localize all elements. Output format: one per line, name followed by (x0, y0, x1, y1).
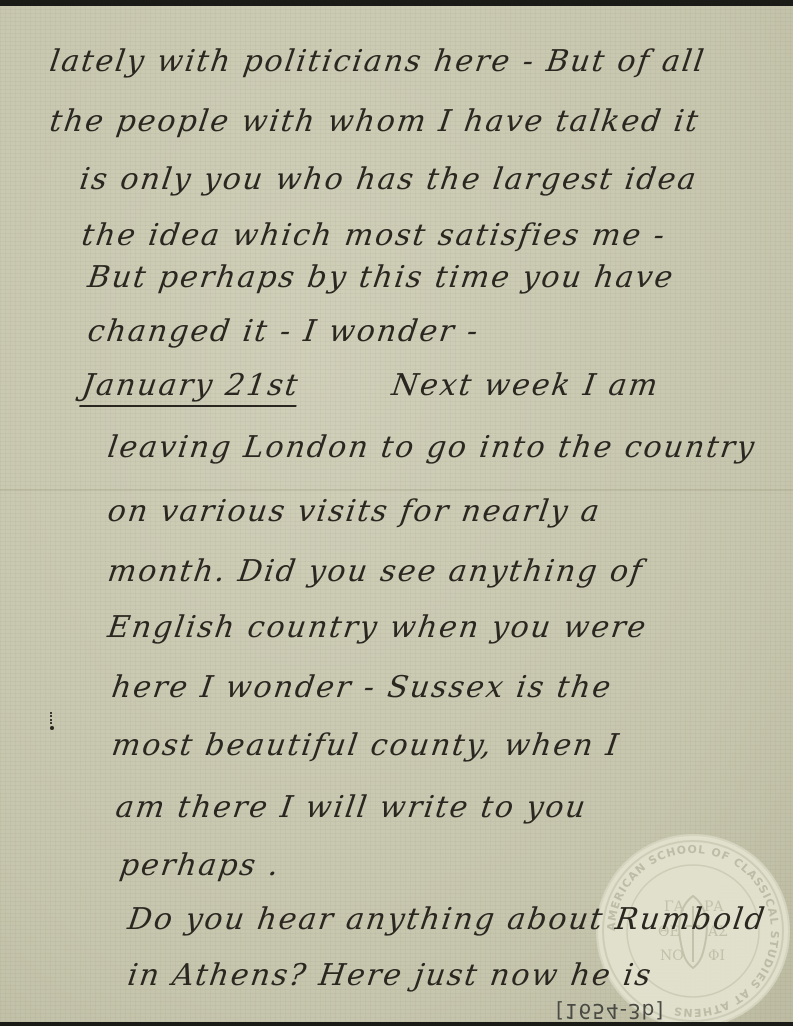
paper-fold-line (0, 489, 793, 491)
letter-line-12: here I wonder - Sussex is the (110, 670, 615, 705)
letter-line-1: lately with politicians here - But of al… (48, 44, 708, 79)
letter-line-13: most beautiful county, when I (110, 728, 623, 763)
ink-dot (50, 726, 54, 730)
letter-line-4: the idea which most satisfies me - (80, 218, 669, 253)
letter-line-7: Next week I am (390, 368, 662, 403)
letter-line-5: But perhaps by this time you have (86, 260, 677, 295)
letter-line-3: is only you who has the largest idea (78, 162, 700, 197)
date-heading: January 21st (79, 368, 301, 407)
letter-line-8: leaving London to go into the country (106, 430, 759, 465)
letter-line-10: month. Did you see anything of (106, 554, 646, 589)
letter-line-17: in Athens? Here just now he is (126, 958, 655, 993)
letter-line-11: English country when you were (106, 610, 650, 645)
letter-line-9: on various visits for nearly a (106, 494, 604, 529)
letter-line-15: perhaps . (118, 848, 283, 883)
letter-page: lately with politicians here - But of al… (0, 6, 793, 1022)
svg-text:ΦΙ: ΦΙ (708, 948, 725, 964)
margin-ink-mark (50, 712, 55, 724)
letter-line-16: Do you hear anything about Rumbold (126, 902, 769, 937)
letter-line-14: am there I will write to you (114, 790, 590, 825)
letter-line-2: the people with whom I have talked it (48, 104, 703, 139)
archive-reference-label: [1654-3b] (556, 999, 664, 1022)
letter-line-6: changed it - I wonder - (86, 314, 482, 349)
svg-text:ΝΟ: ΝΟ (660, 948, 684, 964)
